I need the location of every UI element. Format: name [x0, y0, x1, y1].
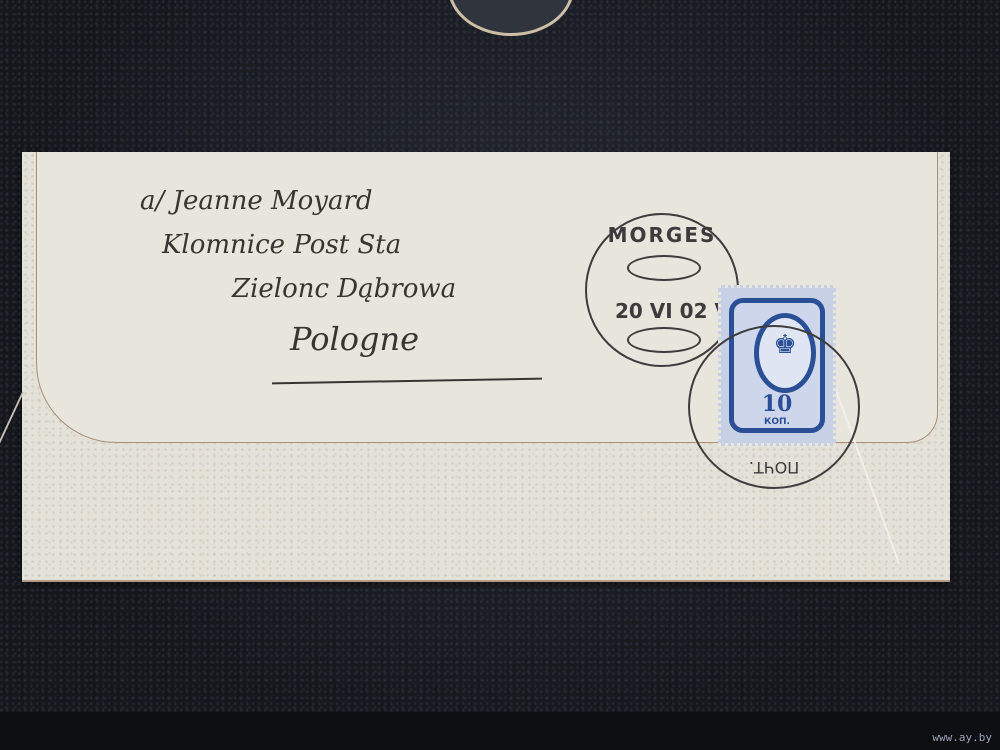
postmark-russian-text: ПОЧТ. [690, 458, 858, 477]
watermark: www.ay.by [932, 731, 992, 744]
surface-edge [0, 712, 1000, 750]
object-ring [448, 0, 574, 36]
address-line-1: a/ Jeanne Moyard [140, 186, 373, 216]
address-line-4: Pologne [290, 320, 419, 358]
envelope-crease-left [0, 392, 24, 582]
postmark-city: MORGES [587, 223, 737, 247]
postmark-morges: MORGES 20 VI 02 VII [585, 213, 739, 367]
address-line-3: Zielonc Dąbrowa [232, 274, 456, 304]
address-line-2: Klomnice Post Sta [162, 230, 401, 260]
postmark-ornament-bottom [627, 327, 701, 353]
postmark-ornament-top [627, 255, 701, 281]
postmark-russian: ПОЧТ. [688, 325, 860, 489]
